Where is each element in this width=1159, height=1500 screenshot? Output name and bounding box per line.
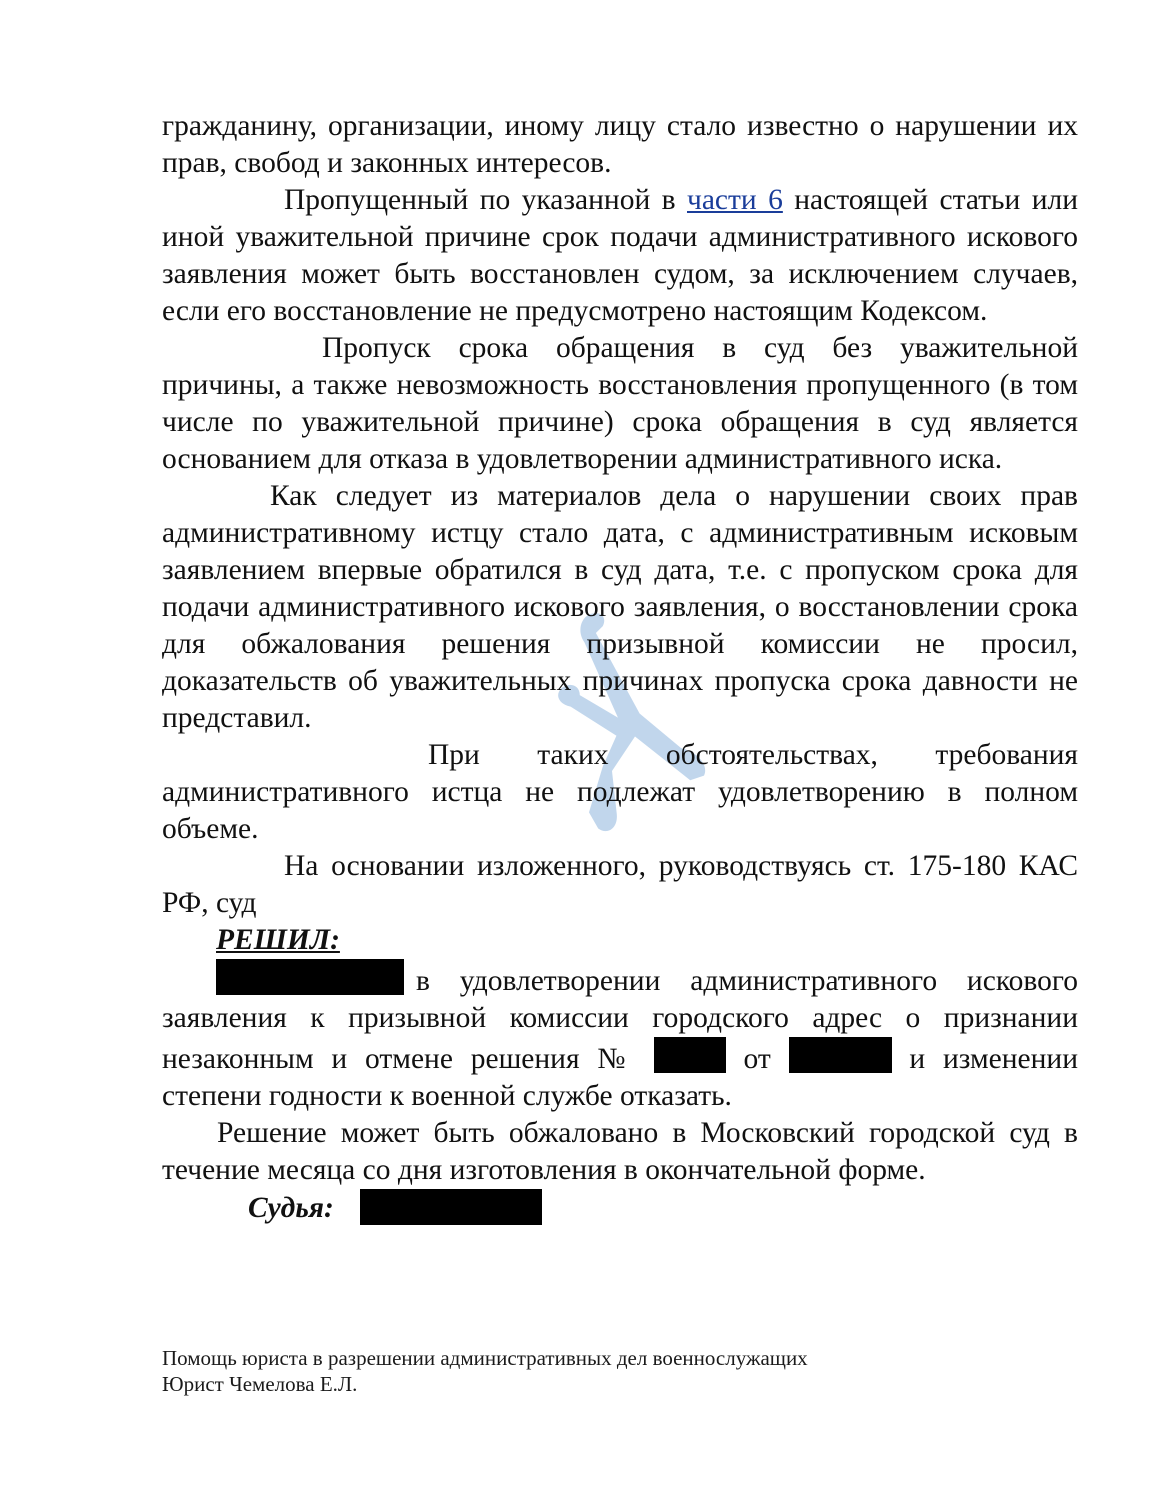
paragraph-legal-basis: На основании изложенного, руководствуясь… xyxy=(162,848,1078,922)
part-6-link[interactable]: части 6 xyxy=(687,184,783,216)
paragraph-rights-violation: гражданину, организации, иному лицу стал… xyxy=(162,108,1078,182)
judge-label: Судья: xyxy=(248,1192,334,1224)
document-page: гражданину, организации, иному лицу стал… xyxy=(162,108,1078,1227)
footer-lawyer-name: Юрист Чемелова Е.Л. xyxy=(162,1371,808,1397)
redacted-decision-number xyxy=(654,1037,726,1073)
paragraph-missed-deadline-grounds: Пропуск срока обращения в суд без уважит… xyxy=(162,330,1078,478)
redacted-block xyxy=(216,959,404,995)
decision-text: от xyxy=(726,1043,789,1075)
footer: Помощь юриста в разрешении административ… xyxy=(162,1345,808,1397)
paragraph-circumstances: При таких обстоятельствах, требования ад… xyxy=(162,737,1078,848)
paragraph-appeal: Решение может быть обжаловано в Московск… xyxy=(162,1115,1078,1189)
footer-service-line: Помощь юриста в разрешении административ… xyxy=(162,1345,808,1371)
paragraph-decision: в удовлетворении административного исков… xyxy=(162,959,1078,1115)
decision-heading: РЕШИЛ: xyxy=(216,922,1078,959)
judge-signature: Судья: xyxy=(248,1189,1078,1227)
paragraph-text: Пропущенный по указанной в xyxy=(284,184,687,216)
redacted-judge-name xyxy=(360,1189,542,1225)
paragraph-case-materials: Как следует из материалов дела о нарушен… xyxy=(162,478,1078,737)
redacted-decision-date xyxy=(789,1037,892,1073)
paragraph-missed-deadline-restoration: Пропущенный по указанной в части 6 насто… xyxy=(162,182,1078,330)
